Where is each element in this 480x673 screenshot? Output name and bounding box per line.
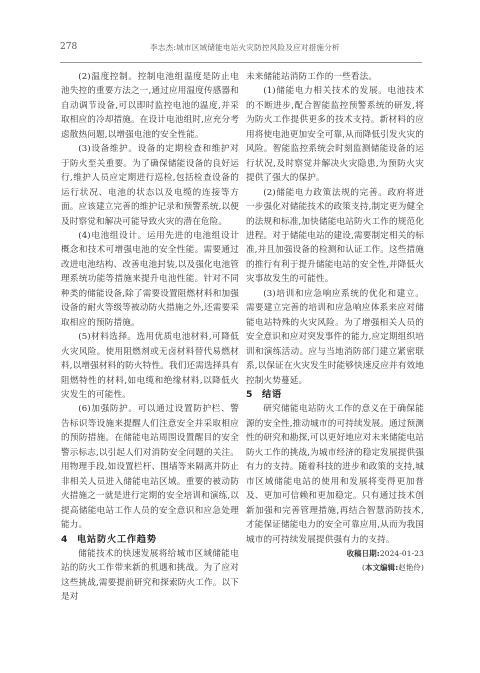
paragraph-training-response: (3)培训和应急响应系统的优化和建立。需要建立完善的培训和应急响应体系来应对储能… (246, 287, 424, 388)
right-column: 未来储能站消防工作的一些看法。 (1)储能电力相关技术的发展。电池技术的不断进步… (246, 70, 424, 575)
section-5-heading: 5结语 (246, 388, 424, 402)
received-date: 2024-01-23 (380, 549, 424, 558)
paragraph-strengthen-protection: (6)加强防护。可以通过设置防护栏、警告标识等设施来提醒人们注意安全并采取相应的… (61, 402, 239, 532)
paragraph-technology-development: (1)储能电力相关技术的发展。电池技术的不断进步,配合智能监控预警系统的研发,将… (246, 84, 424, 185)
paragraph-section4-intro: 储能技术的快速发展将给城市区域储能电站的防火工作带来新的机遇和挑战。为了应对这些… (61, 547, 239, 605)
paragraph-battery-design: (4)电池组设计。运用先进的电池组设计概念和技术可增强电池的安全性能。需要通过改… (61, 229, 239, 330)
received-label: 收稿日期: (347, 549, 380, 558)
section-number: 4 (61, 533, 77, 547)
received-date-line: 收稿日期:2024-01-23 (246, 547, 424, 561)
paren-close: ) (421, 563, 424, 572)
editor-name: 赵艳伶 (398, 563, 421, 572)
page-header: 278 李志杰:城市区域储能电站火灾防控风险及应对措施分析 (60, 38, 422, 60)
left-column: (2)温度控制。控制电池组温度是防止电池失控的重要方法之一,通过应用温度传感器和… (61, 70, 239, 605)
paragraph-material-selection: (5)材料选择。选用优质电池材料,可降低火灾风险。使用阻燃剂或无卤材料替代易燃材… (61, 330, 239, 402)
editor-line: (本文编辑:赵艳伶) (246, 561, 424, 575)
page-number: 278 (60, 42, 77, 52)
section-title: 电站防火工作趋势 (77, 534, 157, 545)
section-4-heading: 4电站防火工作趋势 (61, 533, 239, 547)
section-title: 结语 (262, 389, 282, 400)
running-title: 李志杰:城市区域储能电站火灾防控风险及应对措施分析 (150, 42, 340, 53)
section-number: 5 (246, 388, 262, 402)
paragraph-equipment-maintenance: (3)设备维护。设备的定期检查和维护对于防火至关重要。为了确保储能设备的良好运行… (61, 142, 239, 229)
header-rule (60, 62, 422, 63)
paragraph-conclusion: 研究储能电站防火工作的意义在于确保能源的安全性,推动城市的可持续发展。通过预测性… (246, 402, 424, 547)
editor-label: 本文编辑: (365, 563, 398, 572)
paragraph-policy-improvement: (2)储能电力政策法规的完善。政府将进一步强化对储能技术的政策支持,制定更为健全… (246, 186, 424, 287)
paragraph-continuation: 未来储能站消防工作的一些看法。 (246, 70, 424, 84)
paragraph-temperature-control: (2)温度控制。控制电池组温度是防止电池失控的重要方法之一,通过应用温度传感器和… (61, 70, 239, 142)
